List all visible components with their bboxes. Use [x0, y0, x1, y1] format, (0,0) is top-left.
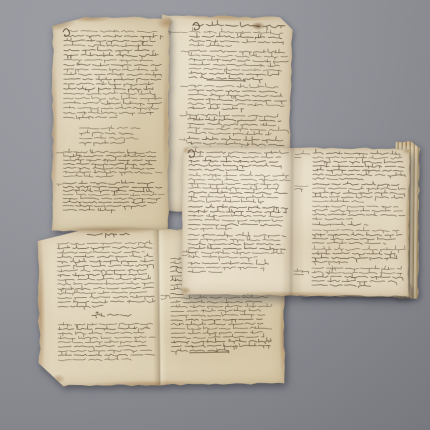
handwriting-para [312, 221, 368, 226]
handwriting-line [295, 189, 303, 192]
handwriting-line [63, 149, 156, 156]
handwriting-line [64, 94, 162, 102]
handwriting-line [57, 249, 144, 254]
handwriting-line [171, 299, 262, 303]
initial-flourish [193, 22, 200, 30]
initial-flourish [63, 29, 70, 37]
handwriting-line [313, 154, 402, 162]
handwriting-line [68, 30, 157, 33]
handwriting-line [58, 322, 153, 328]
handwriting-line [63, 203, 146, 210]
handwriting-line [188, 111, 278, 120]
open-booklet-spread [181, 146, 410, 297]
handwriting-note [56, 152, 64, 155]
handwriting-line [188, 214, 282, 218]
handwriting-line [313, 184, 406, 192]
handwriting-line [63, 152, 156, 161]
handwriting-line [64, 99, 162, 106]
handwriting-para [63, 180, 164, 210]
underline-stroke [189, 352, 229, 353]
handwriting-line [189, 189, 288, 194]
handwriting-note [179, 138, 187, 142]
handwriting-line [58, 325, 150, 331]
handwriting-line [189, 171, 289, 180]
handwriting-note [295, 186, 309, 192]
handwriting-line [64, 33, 163, 40]
handwriting-line [57, 240, 152, 247]
handwriting-line [79, 125, 140, 131]
handwriting-para [58, 322, 156, 362]
handwriting-line [189, 152, 281, 159]
handwriting-line [171, 303, 272, 310]
handwriting-line [188, 248, 283, 255]
open-booklet-paper [181, 146, 410, 297]
handwriting-line [58, 285, 154, 292]
handwriting-line [188, 89, 277, 94]
handwriting-note [180, 111, 187, 116]
handwriting-para [189, 27, 283, 47]
handwriting-line [188, 207, 286, 215]
handwriting-para [312, 244, 405, 265]
handwriting-line [312, 236, 395, 242]
handwriting-line [312, 221, 368, 226]
handwriting-line [313, 162, 404, 169]
handwriting-line [313, 158, 403, 165]
handwriting-line [171, 337, 271, 344]
handwriting-line [63, 172, 113, 177]
handwriting-line [171, 311, 265, 319]
handwriting-line [189, 198, 264, 204]
handwriting-line [312, 212, 405, 217]
handwriting-line [188, 241, 280, 246]
initial-flourish [188, 150, 195, 158]
handwriting-line [188, 95, 287, 104]
handwriting-line [171, 333, 264, 340]
handwriting-line [295, 151, 310, 155]
handwriting-note [182, 32, 188, 33]
handwriting-line [188, 223, 281, 229]
handwriting-line [312, 281, 371, 288]
handwriting-line [312, 269, 402, 276]
handwriting-heading [92, 313, 131, 318]
handwriting-line [171, 341, 270, 350]
handwriting-line [312, 278, 397, 285]
handwriting-line [63, 198, 156, 203]
handwriting-line [189, 47, 285, 56]
handwriting-para [57, 240, 155, 310]
handwriting-line [313, 149, 400, 155]
handwriting-line [189, 177, 290, 184]
handwriting-line [188, 266, 264, 271]
handwriting-para [188, 231, 286, 262]
handwriting-line [58, 293, 155, 301]
handwriting-para [188, 149, 289, 172]
handwriting-line [64, 85, 153, 93]
handwriting-line [189, 193, 278, 200]
handwriting-line [79, 130, 133, 137]
handwriting-line [57, 266, 146, 275]
handwriting-para [313, 149, 406, 180]
handwriting-line [64, 76, 161, 83]
handwriting-line [189, 42, 231, 47]
handwriting-line [63, 114, 116, 119]
handwriting-line [188, 82, 278, 90]
handwriting-line [63, 165, 154, 170]
handwriting-line [63, 206, 115, 213]
handwriting-line [57, 252, 152, 258]
handwriting-line [188, 259, 269, 266]
handwriting-line [58, 338, 146, 345]
handwriting-line [56, 184, 63, 186]
handwriting-heading [87, 233, 129, 238]
handwriting-line [58, 298, 156, 303]
handwriting-para [188, 82, 287, 113]
handwriting-line [188, 105, 244, 112]
handwriting-para [189, 171, 291, 204]
handwriting-line [312, 239, 386, 244]
handwriting-line [179, 138, 187, 142]
handwriting-line [295, 157, 301, 158]
open-booklet-handwriting [181, 146, 410, 297]
handwriting-line [189, 167, 245, 171]
handwriting-line [312, 250, 395, 258]
handwriting-line [171, 328, 263, 336]
handwriting-line [189, 184, 279, 192]
handwriting-line [189, 162, 282, 169]
handwriting-line [313, 181, 399, 186]
handwriting-line [63, 191, 164, 196]
handwriting-line [64, 72, 162, 78]
handwriting-line [312, 207, 402, 214]
handwriting-line [64, 90, 156, 95]
handwriting-line [188, 255, 257, 262]
handwriting-line [294, 268, 309, 273]
handwriting-line [312, 273, 403, 281]
handwriting-line [58, 280, 154, 287]
handwriting-note [180, 86, 187, 87]
handwriting-note [295, 151, 310, 158]
handwriting-line [161, 295, 170, 298]
handwriting-line [313, 189, 405, 197]
handwriting-line [171, 346, 229, 355]
handwriting-note [181, 51, 189, 55]
handwriting-para [188, 204, 288, 232]
handwriting-note [294, 268, 309, 274]
handwriting-line [189, 56, 288, 64]
handwriting-line [312, 261, 348, 265]
handwriting-line [188, 226, 232, 232]
handwriting-line [189, 66, 282, 73]
handwriting-line [171, 318, 262, 322]
handwriting-line [64, 66, 158, 73]
handwriting-line [64, 46, 155, 53]
handwriting-line [188, 102, 284, 110]
handwriting-line [58, 351, 154, 360]
handwriting-line [189, 69, 279, 76]
handwriting-line [182, 32, 188, 33]
handwriting-line [189, 181, 279, 188]
handwriting-line [171, 320, 263, 328]
handwriting-para [63, 206, 115, 213]
handwriting-line [57, 270, 146, 278]
handwriting-para [312, 265, 403, 288]
handwriting-line [79, 135, 138, 139]
handwriting-line [63, 108, 153, 115]
underline-stroke [206, 80, 246, 81]
handwriting-line [189, 158, 278, 164]
handwriting-line [312, 205, 398, 210]
handwriting-line [180, 111, 187, 116]
manuscript-page-top-left [51, 16, 170, 233]
handwriting-line [312, 244, 405, 252]
handwriting-line [188, 119, 276, 128]
handwriting-para [63, 149, 162, 178]
handwriting-line [313, 197, 364, 202]
handwriting-line [58, 335, 155, 342]
handwriting-line [64, 56, 153, 64]
handwriting-line [92, 313, 131, 318]
handwriting-line [171, 307, 261, 313]
handwriting-line [189, 38, 283, 44]
handwriting-line [187, 140, 284, 146]
handwriting-line [56, 152, 64, 155]
handwriting-line [63, 157, 156, 163]
handwriting-note [56, 184, 63, 186]
handwriting-line [63, 187, 152, 194]
handwriting-line [194, 20, 285, 30]
handwriting-line [294, 274, 304, 275]
handwriting-line [188, 235, 280, 243]
handwriting-line [58, 357, 131, 361]
manuscript-photo-scene [0, 0, 430, 430]
handwriting-line [58, 288, 147, 295]
handwriting-para [189, 47, 289, 84]
handwriting-line [64, 62, 162, 67]
handwriting-line [188, 204, 287, 212]
handwriting-line [313, 193, 403, 201]
handwriting-line [188, 115, 282, 124]
handwriting-line [189, 51, 288, 60]
handwriting-line [57, 257, 153, 265]
handwriting-line [57, 263, 153, 269]
handwriting-line [189, 61, 280, 67]
handwriting-line [63, 169, 162, 176]
handwriting-line [171, 324, 272, 330]
handwriting-line [180, 86, 187, 87]
handwriting-line [64, 38, 156, 45]
handwriting-line [190, 27, 283, 37]
handwriting-line [188, 270, 222, 273]
handwriting-line [87, 233, 129, 238]
handwriting-line [312, 265, 401, 272]
handwriting-line [58, 346, 151, 355]
handwriting-line [187, 135, 283, 143]
handwriting-line [181, 51, 189, 55]
handwriting-line [57, 274, 150, 283]
handwriting-line [64, 104, 159, 112]
handwriting-line [58, 345, 147, 348]
handwriting-line [188, 124, 289, 134]
handwriting-line [313, 170, 406, 178]
handwriting-line [63, 180, 154, 185]
handwriting-line [189, 74, 263, 83]
handwriting-para [312, 227, 402, 245]
handwriting-line [189, 149, 289, 154]
handwriting-para [187, 111, 288, 137]
handwriting-line [161, 295, 167, 299]
handwriting-line [182, 249, 194, 253]
handwriting-line [190, 32, 282, 40]
handwriting-line [312, 253, 397, 262]
handwriting-line [312, 227, 399, 234]
handwriting-line [188, 91, 283, 100]
handwriting-line [64, 41, 153, 47]
handwriting-line [188, 244, 285, 249]
handwriting-para [313, 181, 406, 203]
handwriting-para [188, 259, 269, 273]
handwriting-line [57, 244, 152, 251]
handwriting-para [62, 29, 162, 120]
handwriting-note [182, 249, 194, 256]
handwriting-line [295, 186, 309, 187]
handwriting-line [64, 81, 154, 88]
top-left-page-paper [51, 16, 170, 233]
handwriting-note [161, 295, 170, 299]
handwriting-line [64, 51, 159, 58]
handwriting-line [63, 195, 160, 201]
top-left-page-handwriting [51, 16, 170, 233]
handwriting-line [312, 217, 352, 220]
handwriting-line [313, 178, 364, 180]
handwriting-line [187, 130, 271, 137]
handwriting-line [63, 184, 162, 192]
handwriting-para [312, 205, 405, 220]
handwriting-para [79, 125, 140, 146]
handwriting-line [182, 255, 190, 256]
handwriting-line [58, 303, 103, 310]
handwriting-line [63, 160, 152, 167]
handwriting-line [312, 232, 402, 239]
handwriting-line [188, 216, 283, 224]
handwriting-line [313, 166, 403, 174]
handwriting-line [58, 328, 144, 337]
handwriting-line [188, 231, 286, 238]
handwriting-line [79, 138, 124, 146]
handwriting-heading [193, 20, 285, 32]
